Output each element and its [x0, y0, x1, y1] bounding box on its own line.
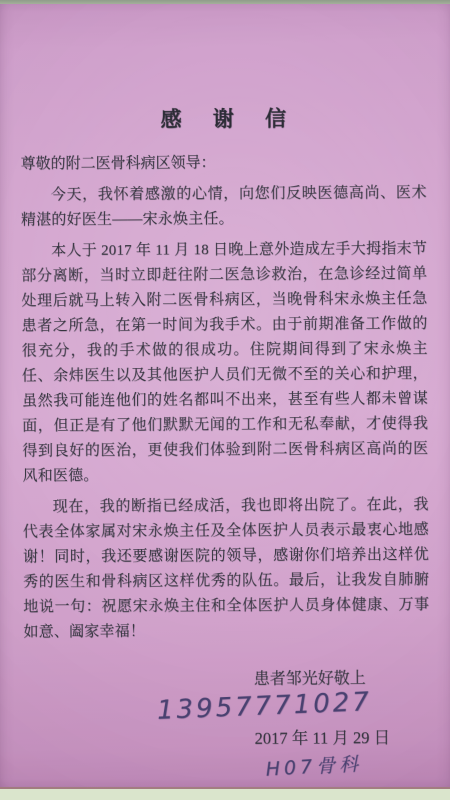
letter-paper: 感 谢 信 尊敬的附二医骨科病区领导： 今天，我怀着感激的心情，向您们反映医德高…	[0, 4, 450, 789]
signature-block: 患者邹光好敬上 13957771027 2017 年 11 月 29 日 H07…	[24, 667, 431, 786]
paragraph-treatment-story: 本人于 2017 年 11 月 18 日晚上意外造成左手大拇指末节部分离断，当时…	[21, 237, 429, 489]
letter-content: 感 谢 信 尊敬的附二医骨科病区领导： 今天，我怀着感激的心情，向您们反映医德高…	[0, 3, 450, 787]
letter-title: 感 谢 信	[20, 102, 426, 136]
salutation: 尊敬的附二医骨科病区领导：	[21, 150, 427, 177]
paragraph-thanks: 现在，我的断指已经成活，我也即将出院了。在此，我代表全体家属对宋永焕主任及全体医…	[23, 493, 430, 645]
photo-background: 感 谢 信 尊敬的附二医骨科病区领导： 今天，我怀着感激的心情，向您们反映医德高…	[0, 0, 450, 800]
paragraph-intro: 今天，我怀着感激的心情，向您们反映医德高尚、医术精湛的好医生——宋永焕主任。	[21, 181, 427, 233]
letter-date: 2017 年 11 月 29 日	[24, 725, 430, 753]
handwritten-dept-note: H07骨科	[24, 747, 431, 797]
